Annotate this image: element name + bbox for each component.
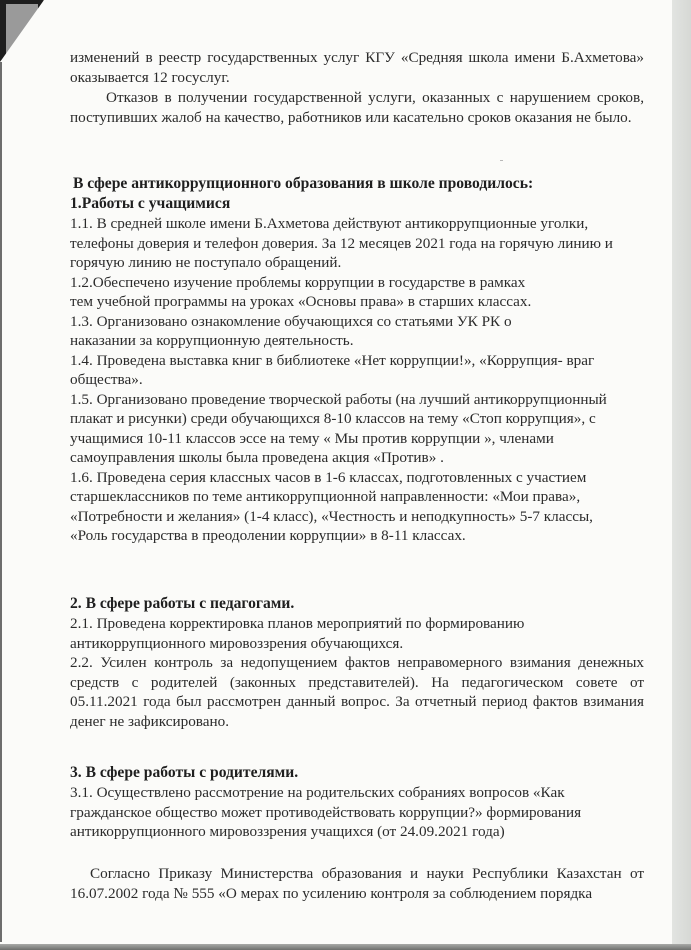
anticorruption-heading: В сфере антикоррупционного образования в… xyxy=(73,174,647,194)
scan-speck xyxy=(500,160,503,161)
item-1-6-line-1: 1.6. Проведена серия классных часов в 1-… xyxy=(70,468,644,488)
item-1-5-line-1: 1.5. Организовано проведение творческой … xyxy=(70,390,644,410)
item-1-1-line-1: 1.1. В средней школе имени Б.Ахметова де… xyxy=(70,214,644,234)
item-3-1-line-2: гражданское общество может противодейств… xyxy=(70,803,644,823)
item-2-1-line-1: 2.1. Проведена корректировка планов меро… xyxy=(70,614,644,634)
item-1-2-line-1: 1.2.Обеспечено изучение проблемы коррупц… xyxy=(70,273,644,293)
item-1-6-line-4: «Роль государства в преодолении коррупци… xyxy=(70,526,644,546)
scan-right-margin xyxy=(672,0,691,950)
item-3-1-line-1: 3.1. Осуществлено рассмотрение на родите… xyxy=(70,783,644,803)
item-1-5-line-2: плакат и рисунки) среди обучающихся 8-10… xyxy=(70,409,644,429)
item-2-1-line-2: антикоррупционного мировоззрения обучающ… xyxy=(70,634,644,654)
item-3-1-line-3: антикоррупционного мировоззрения учащихс… xyxy=(70,822,644,842)
item-1-6-line-2: старшеклассников по теме антикоррупционн… xyxy=(70,487,644,507)
intro-paragraph-2: Отказов в получении государственной услу… xyxy=(70,88,644,127)
item-1-4-line-2: общества». xyxy=(70,370,644,390)
item-3-1: 3.1. Осуществлено рассмотрение на родите… xyxy=(70,783,644,842)
item-1-2-line-2: тем учебной программы на уроках «Основы … xyxy=(70,292,644,312)
item-1-1-line-2: телефоны доверия и телефон доверия. За 1… xyxy=(70,234,644,254)
item-2-2: 2.2. Усилен контроль за недопущением фак… xyxy=(70,653,644,731)
document-page: изменений в реестр государственных услуг… xyxy=(0,0,672,944)
item-1-5: 1.5. Организовано проведение творческой … xyxy=(70,390,644,468)
intro-block: изменений в реестр государственных услуг… xyxy=(70,48,644,127)
item-1-2: 1.2.Обеспечено изучение проблемы коррупц… xyxy=(70,273,644,312)
page-left-edge xyxy=(0,62,2,942)
section-1: 1.Работы с учащимися 1.1. В средней школ… xyxy=(70,194,644,546)
section-1-title: 1.Работы с учащимися xyxy=(70,194,644,214)
item-1-6: 1.6. Проведена серия классных часов в 1-… xyxy=(70,468,644,546)
item-1-1: 1.1. В средней школе имени Б.Ахметова де… xyxy=(70,214,644,273)
closing-paragraph: Согласно Приказу Министерства образовани… xyxy=(70,864,644,903)
section-2-title: 2. В сфере работы с педагогами. xyxy=(70,594,644,614)
item-1-1-line-3: горячую линию не поступало обращений. xyxy=(70,253,644,273)
scan-bottom-edge xyxy=(0,944,691,950)
section-3-title: 3. В сфере работы с родителями. xyxy=(70,763,644,783)
item-1-6-line-3: «Потребности и желания» (1-4 класс), «Че… xyxy=(70,507,644,527)
intro-paragraph-1: изменений в реестр государственных услуг… xyxy=(70,48,644,87)
section-3: 3. В сфере работы с родителями. 3.1. Осу… xyxy=(70,763,644,842)
item-1-5-line-4: самоуправления школы была проведена акци… xyxy=(70,448,644,468)
item-2-1: 2.1. Проведена корректировка планов меро… xyxy=(70,614,644,653)
closing-block: Согласно Приказу Министерства образовани… xyxy=(70,864,644,903)
section-2: 2. В сфере работы с педагогами. 2.1. Про… xyxy=(70,594,644,731)
item-1-3-line-2: наказании за коррупционную деятельность. xyxy=(70,331,644,351)
item-1-3-line-1: 1.3. Организовано ознакомление обучающих… xyxy=(70,312,644,332)
item-1-4-line-1: 1.4. Проведена выставка книг в библиотек… xyxy=(70,351,644,371)
item-1-4: 1.4. Проведена выставка книг в библиотек… xyxy=(70,351,644,390)
item-1-3: 1.3. Организовано ознакомление обучающих… xyxy=(70,312,644,351)
anticorruption-section: В сфере антикоррупционного образования в… xyxy=(73,174,647,194)
item-1-5-line-3: учащимися 10-11 классов эссе на тему « М… xyxy=(70,429,644,449)
